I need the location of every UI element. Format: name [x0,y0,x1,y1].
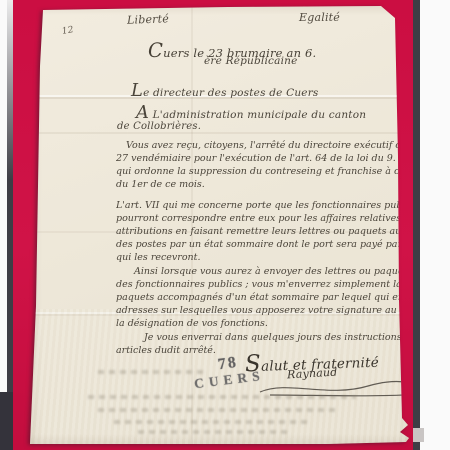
ink-showthrough [98,408,336,412]
page-note: 12 [61,25,74,37]
postmark-town: CUERS [193,368,265,393]
letter-paper: 12 Liberté Egalité Cuers le 23 brumaire … [28,6,410,444]
body-line: du 1er de ce mois. [116,178,412,191]
body-paragraph-1: Vous avez reçu, citoyens, l'arrêté du di… [116,139,412,191]
motto-liberte: Liberté [127,12,169,26]
body-line: Vous avez reçu, citoyens, l'arrêté du di… [116,139,412,152]
body-paragraph-3: Ainsi lorsque vous aurez à envoyer des l… [116,265,412,330]
ink-showthrough [98,370,204,374]
body-line: Je vous enverrai dans quelques jours des… [116,331,412,344]
dateline-era: ère Républicaine [204,55,298,67]
body-line: des fonctionnaires publics ; vous m'enve… [116,278,412,291]
letter-photograph: 12 Liberté Egalité Cuers le 23 brumaire … [0,0,450,450]
recipient-line-1: A L'administration municipale du canton [136,102,366,123]
body-line: paquets accompagnés d'un état sommaire p… [116,291,412,304]
body-line: 27 vendémiaire pour l'exécution de l'art… [116,152,412,165]
body-line: adresses sur lesquelles vous apposerez v… [116,304,412,317]
signature: Raynaud [287,366,338,382]
body-line: qui les recevront. [116,251,412,264]
recipient-line-2: de Collobrières. [117,121,201,132]
body-line: Ainsi lorsque vous aurez à envoyer des l… [116,265,412,278]
ink-showthrough [138,430,288,434]
motto-egalite: Egalité [299,11,340,24]
body-paragraph-2: L'art. VII qui me concerne porte que les… [116,199,412,264]
body-line: qui ordonne la suppression du contresein… [116,165,412,178]
body-line: pourront correspondre entre eux pour les… [116,212,412,225]
sender-line: Le directeur des postes de Cuers [131,80,319,101]
ink-showthrough [114,420,312,424]
body-line: des postes par un état sommaire dont le … [116,238,412,251]
body-line: L'art. VII qui me concerne porte que les… [116,199,412,212]
body-line: la désignation de vos fonctions. [116,317,412,330]
body-line: attributions en faisant remettre leurs l… [116,225,412,238]
ink-showthrough [88,395,356,399]
letter-paper-wrap: 12 Liberté Egalité Cuers le 23 brumaire … [0,0,450,450]
